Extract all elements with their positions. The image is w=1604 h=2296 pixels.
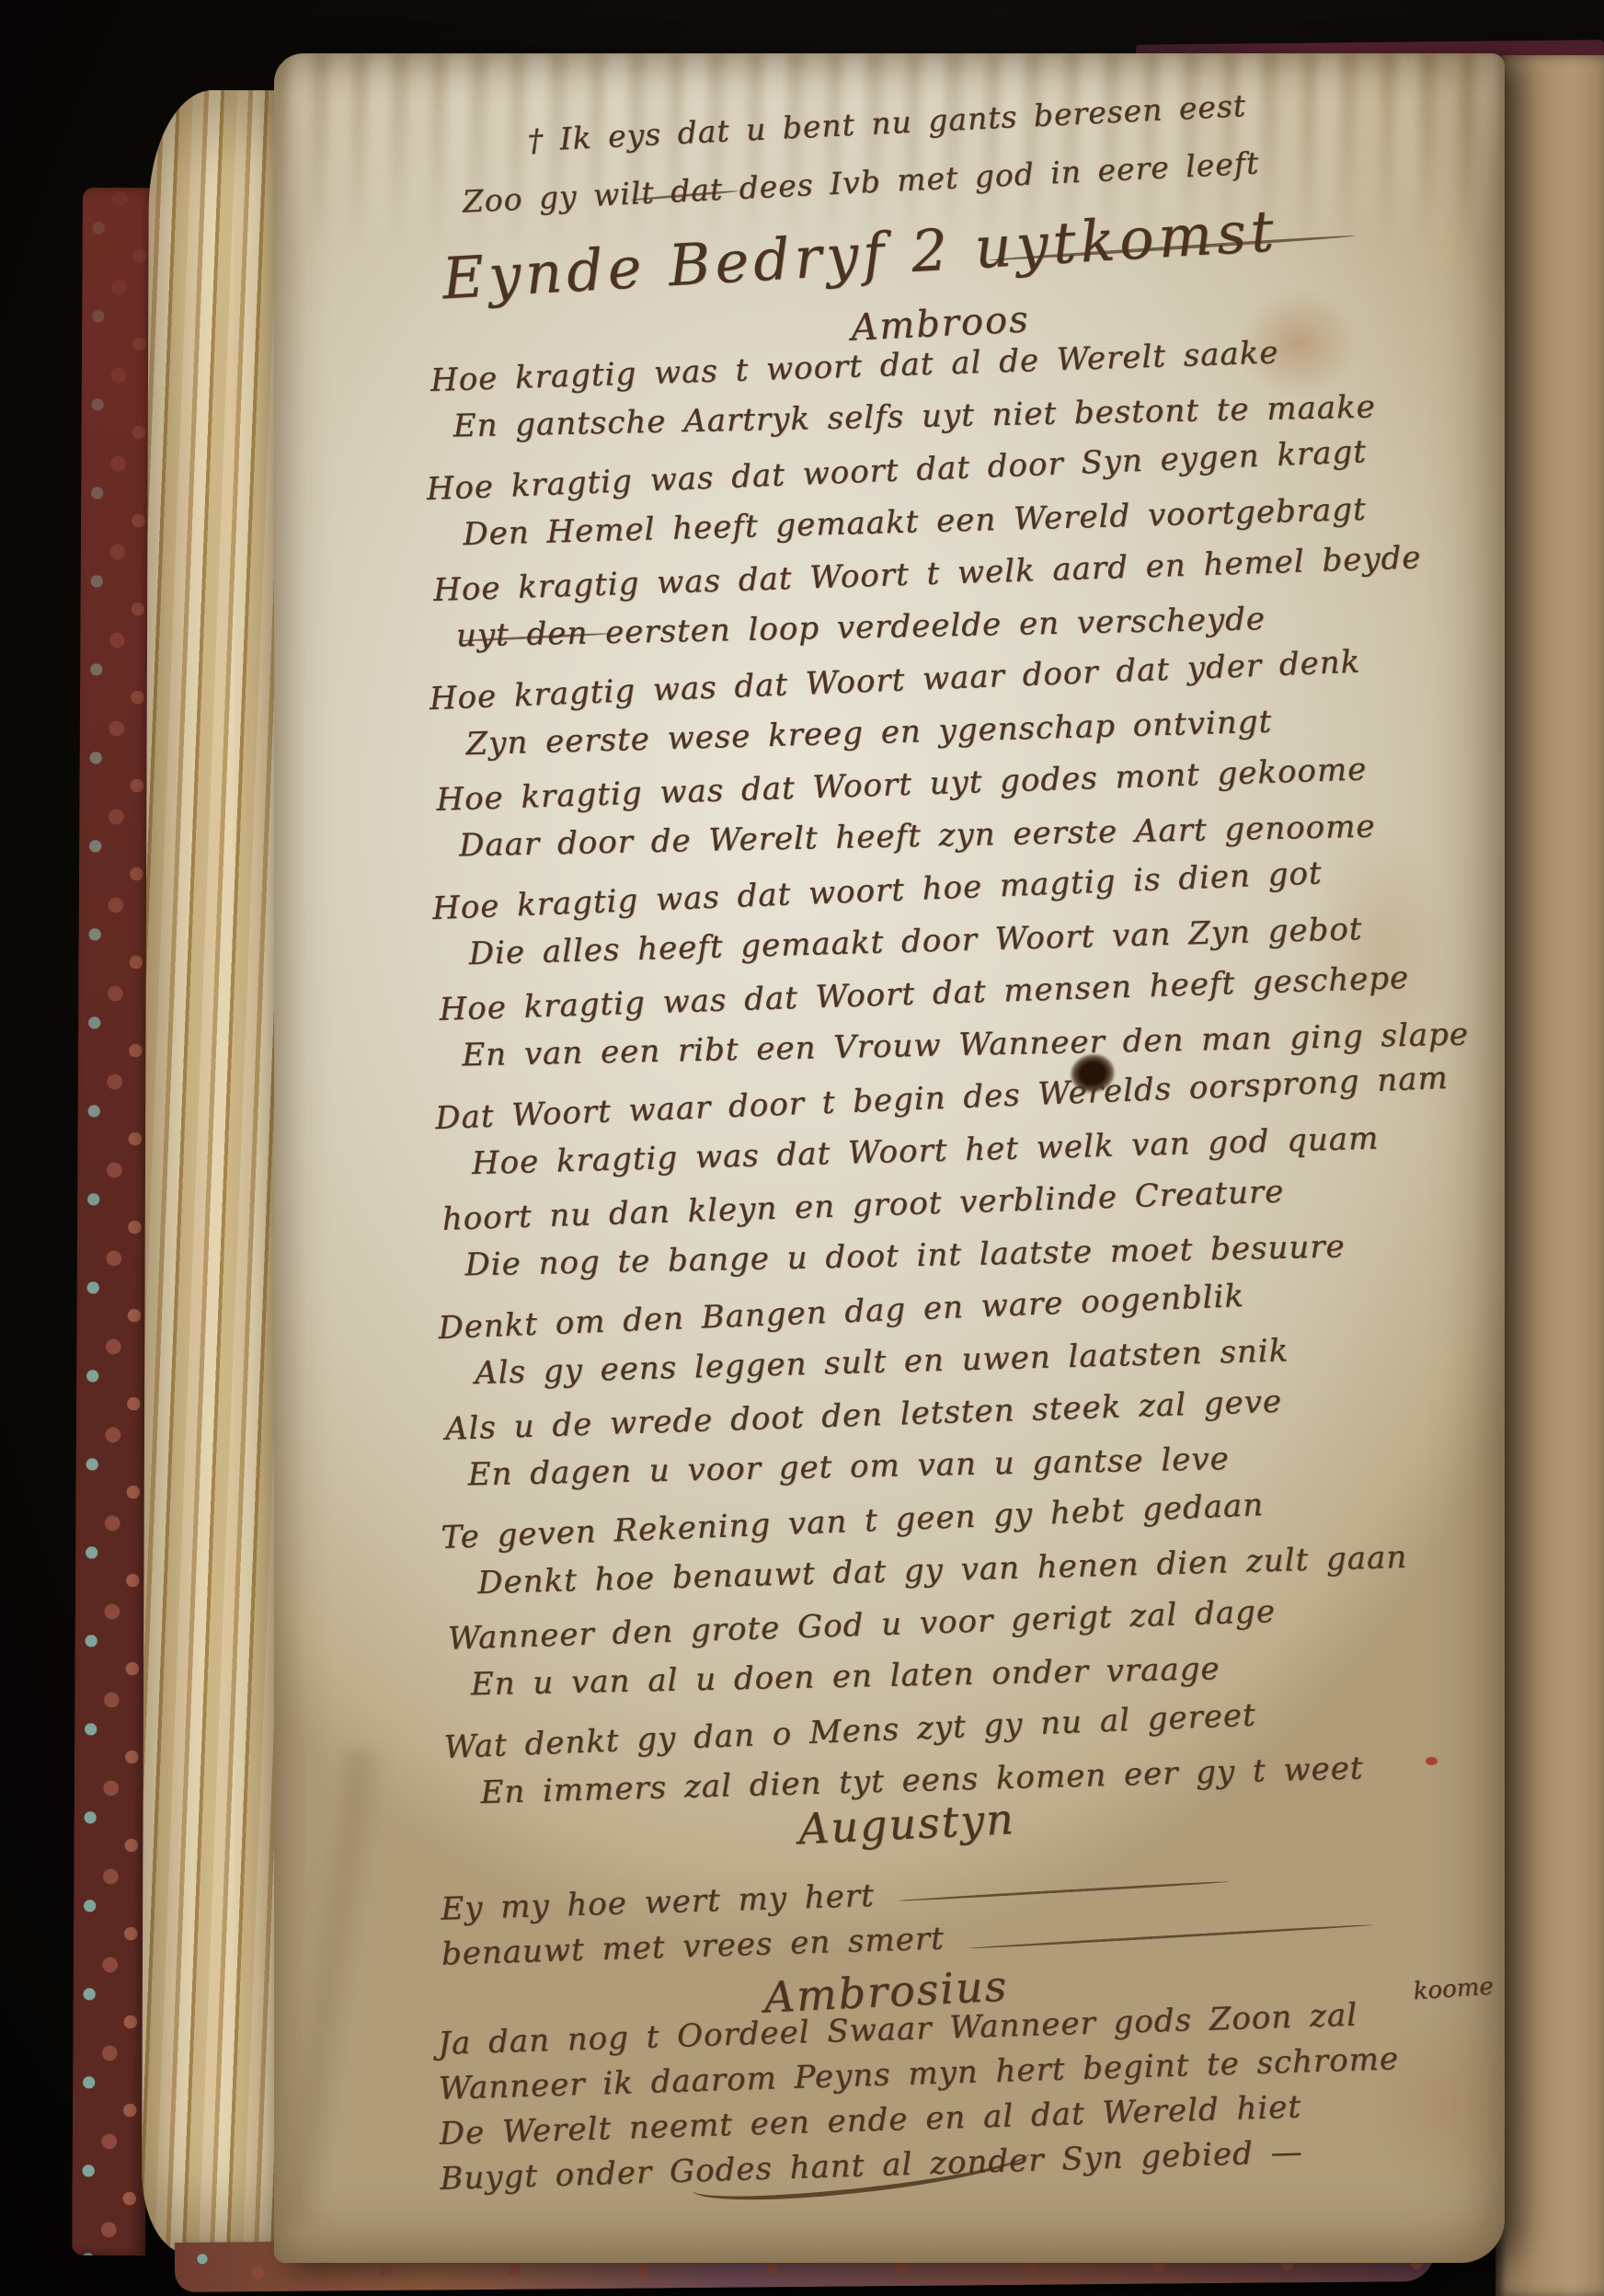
handwritten-text: † Ik eys dat u bent nu gants beresen ees… [258, 45, 1519, 2271]
poem-body: Hoe kragtig was t woort dat al de Werelt… [263, 338, 1514, 1823]
line-text: Ey my hoe wert my hert [441, 1877, 876, 1928]
margin-note: koome [1413, 1973, 1495, 2006]
manuscript-page: † Ik eys dat u bent nu gants beresen ees… [274, 53, 1505, 2263]
motto-couplet: † Ik eys dat u bent nu gants beresen ees… [527, 87, 1260, 217]
augustyn-lines: Ey my hoe wert my hert benauwt met vrees… [441, 1870, 1373, 1973]
hand-drawn-rule [899, 1880, 1230, 1902]
speaker-name-ambroos: Ambroos [850, 298, 1030, 349]
manuscript-line: † Ik eys dat u bent nu gants beresen ees… [527, 87, 1257, 159]
speaker-name-augustyn: Augustyn [797, 1794, 1016, 1854]
hand-drawn-rule [968, 1923, 1372, 1949]
photo-of-manuscript-book: † Ik eys dat u bent nu gants beresen ees… [0, 0, 1604, 2296]
